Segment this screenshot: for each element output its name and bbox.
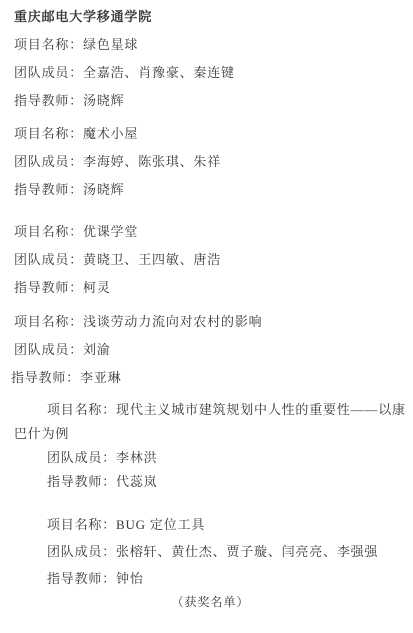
project-block-3: 项目名称：优课学堂 团队成员：黄晓卫、王四敏、唐浩 指导教师：柯灵 — [14, 218, 407, 302]
project-block-6: 项目名称：BUG 定位工具 团队成员：张榕轩、黄仕杰、贾子璇、闫亮亮、李强强 指… — [14, 511, 407, 592]
advisor-value: 柯灵 — [83, 280, 111, 295]
team-members-label: 团队成员： — [14, 65, 83, 80]
project-name-label: 项目名称： — [14, 37, 83, 52]
advisor-value: 汤晓辉 — [83, 93, 124, 108]
team-members-label: 团队成员： — [14, 342, 83, 357]
advisor-line: 指导教师：李亚琳 — [11, 364, 407, 392]
team-members-line: 团队成员：张榕轩、黄仕杰、贾子璇、闫亮亮、李强强 — [14, 538, 407, 565]
project-block-5: 项目名称：现代主义城市建筑规划中人性的重要性——以康巴什为例 团队成员：李林洪 … — [14, 398, 407, 494]
team-members-line: 团队成员：刘渝 — [14, 336, 407, 364]
team-members-line: 团队成员：全嘉浩、肖豫豪、秦连键 — [14, 59, 407, 87]
project-name-line: 项目名称：魔术小屋 — [14, 120, 407, 148]
team-members-line: 团队成员：黄晓卫、王四敏、唐浩 — [14, 246, 407, 274]
advisor-label: 指导教师： — [11, 370, 80, 385]
project-block-4: 项目名称：浅谈劳动力流向对农村的影响 团队成员：刘渝 指导教师：李亚琳 — [14, 308, 407, 392]
advisor-label: 指导教师： — [47, 571, 116, 586]
team-members-value: 张榕轩、黄仕杰、贾子璇、闫亮亮、李强强 — [116, 544, 378, 559]
project-name-line: 项目名称：BUG 定位工具 — [14, 511, 407, 538]
team-members-value: 李海婷、陈张琪、朱祥 — [83, 154, 221, 169]
project-name-value: 浅谈劳动力流向对农村的影响 — [83, 314, 262, 329]
advisor-line: 指导教师：钟怡 — [14, 565, 407, 592]
team-members-label: 团队成员： — [47, 544, 116, 559]
project-name-value: 优课学堂 — [83, 224, 138, 239]
team-members-value: 李林洪 — [116, 450, 157, 465]
project-name-line: 项目名称：绿色星球 — [14, 31, 407, 59]
advisor-value: 李亚琳 — [80, 370, 121, 385]
project-name-line: 项目名称：优课学堂 — [14, 218, 407, 246]
project-name-label: 项目名称： — [47, 402, 116, 417]
advisor-line: 指导教师：汤晓辉 — [14, 87, 407, 115]
team-members-value: 全嘉浩、肖豫豪、秦连键 — [83, 65, 235, 80]
document-page: 重庆邮电大学移通学院 项目名称：绿色星球 团队成员：全嘉浩、肖豫豪、秦连键 指导… — [0, 0, 413, 633]
institution-header: 重庆邮电大学移通学院 — [14, 3, 407, 31]
team-members-line: 团队成员：李林洪 — [14, 446, 407, 470]
project-name-label: 项目名称： — [14, 126, 83, 141]
project-name-value: 魔术小屋 — [83, 126, 138, 141]
project-name-line: 项目名称：浅谈劳动力流向对农村的影响 — [14, 308, 407, 336]
team-members-label: 团队成员： — [47, 450, 116, 465]
team-members-value: 刘渝 — [83, 342, 111, 357]
team-members-value: 黄晓卫、王四敏、唐浩 — [83, 252, 221, 267]
team-members-label: 团队成员： — [14, 252, 83, 267]
project-block-2: 项目名称：魔术小屋 团队成员：李海婷、陈张琪、朱祥 指导教师：汤晓辉 — [14, 120, 407, 204]
advisor-line: 指导教师：汤晓辉 — [14, 176, 407, 204]
team-members-line: 团队成员：李海婷、陈张琪、朱祥 — [14, 148, 407, 176]
advisor-label: 指导教师： — [47, 474, 116, 489]
project-name-label: 项目名称： — [47, 517, 116, 532]
project-name-line: 项目名称：现代主义城市建筑规划中人性的重要性——以康巴什为例 — [14, 398, 407, 446]
advisor-line: 指导教师：代蕊岚 — [14, 470, 407, 494]
advisor-value: 汤晓辉 — [83, 182, 124, 197]
team-members-label: 团队成员： — [14, 154, 83, 169]
advisor-label: 指导教师： — [14, 182, 83, 197]
project-name-value: BUG 定位工具 — [116, 517, 205, 532]
project-name-label: 项目名称： — [14, 314, 83, 329]
award-list-footnote: （获奖名单） — [14, 592, 407, 612]
advisor-label: 指导教师： — [14, 280, 83, 295]
project-name-label: 项目名称： — [14, 224, 83, 239]
advisor-line: 指导教师：柯灵 — [14, 274, 407, 302]
project-name-value: 绿色星球 — [83, 37, 138, 52]
advisor-label: 指导教师： — [14, 93, 83, 108]
advisor-value: 钟怡 — [116, 571, 144, 586]
advisor-value: 代蕊岚 — [116, 474, 157, 489]
project-block-1: 项目名称：绿色星球 团队成员：全嘉浩、肖豫豪、秦连键 指导教师：汤晓辉 — [14, 31, 407, 115]
